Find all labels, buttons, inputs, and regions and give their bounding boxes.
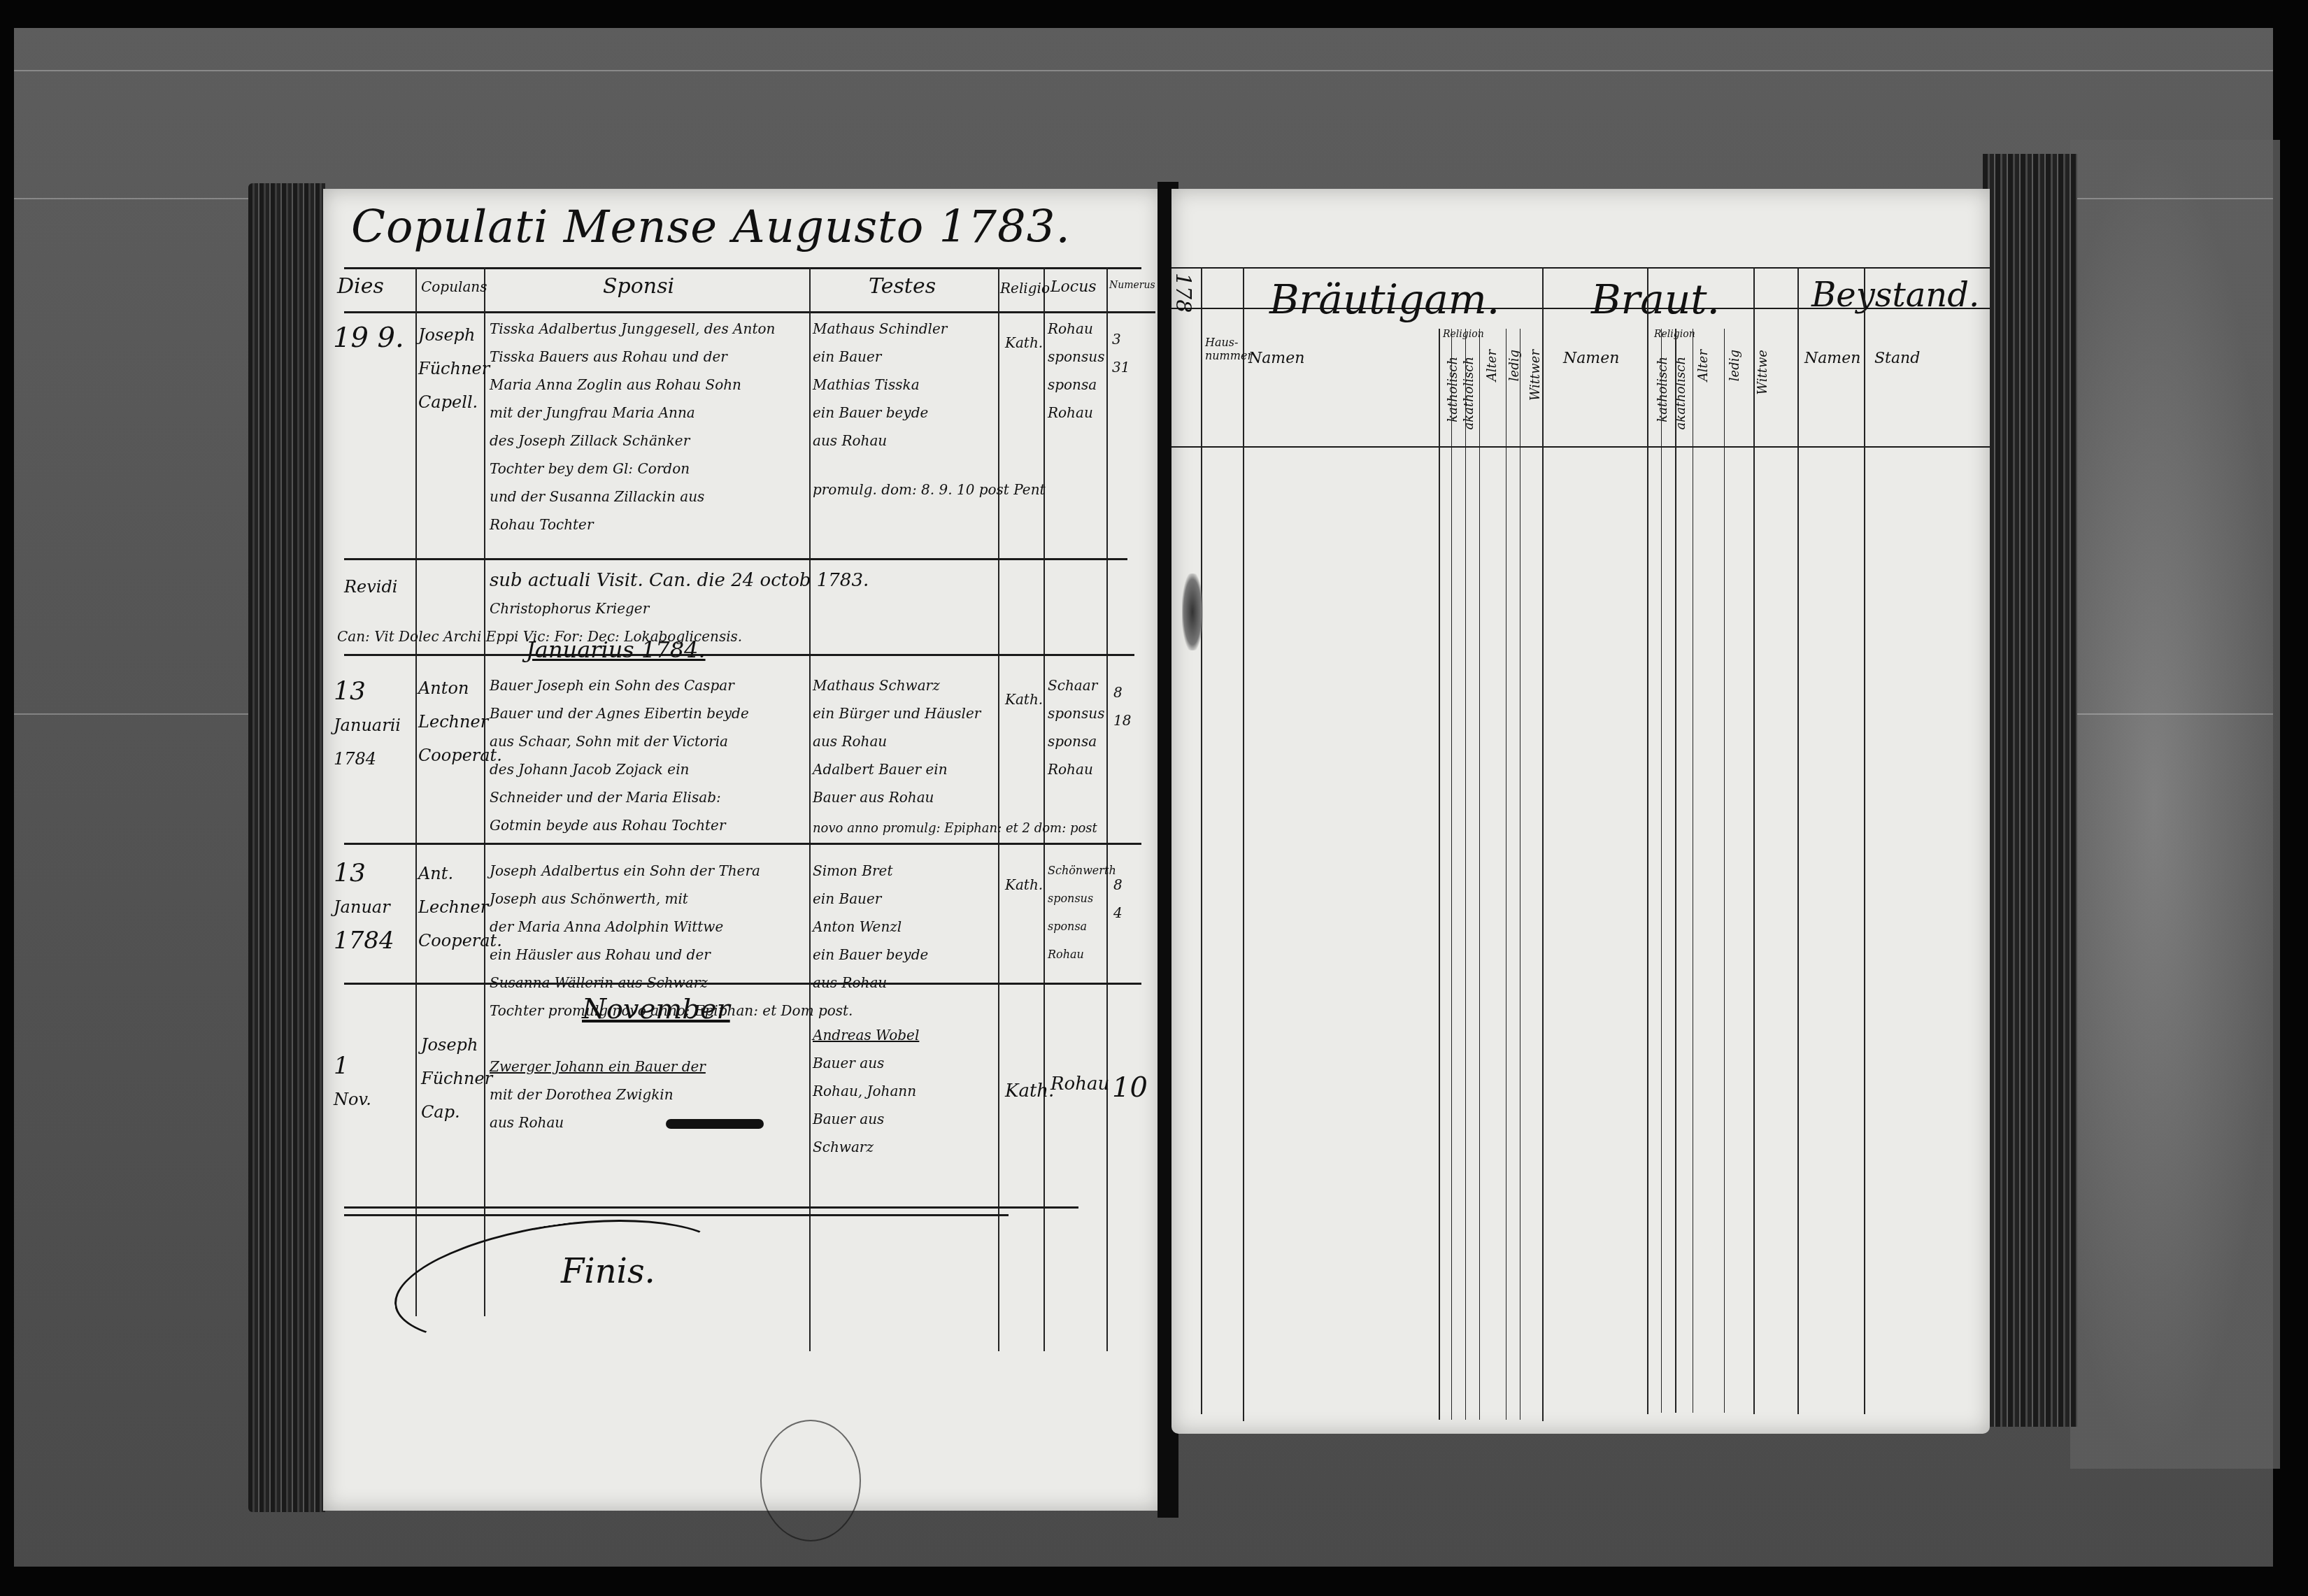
scan-artifact-line	[14, 70, 2273, 71]
subheader-groom-widower: Wittwer	[1528, 350, 1543, 401]
entry-locus: Rohau sponsus sponsa Rohau	[1048, 315, 1104, 427]
month-heading: November	[582, 993, 730, 1025]
subheader-witness-status: Stand	[1874, 350, 1920, 367]
column-divider	[1864, 267, 1865, 1414]
column-header-copulans: Copulans	[421, 278, 487, 295]
entry-testes: Andreas Wobel Bauer aus Rohau, Johann Ba…	[813, 1021, 919, 1161]
entry-testes: Mathaus Schwarz ein Bürger und Häusler a…	[813, 671, 981, 811]
entry-copulans: Joseph Füchner Cap.	[421, 1028, 492, 1129]
column-divider	[415, 267, 417, 1316]
column-divider	[1506, 329, 1506, 1420]
entry-religio: Kath.	[1005, 871, 1043, 899]
entry-locus: Rohau	[1050, 1070, 1109, 1098]
thumbprint-smudge	[1182, 573, 1203, 650]
entry-date: 19 9.	[333, 322, 404, 354]
header-rule-top	[344, 267, 1141, 269]
revision-label: Revidi	[344, 570, 398, 604]
scan-background-light	[2070, 140, 2280, 1469]
column-divider	[1201, 267, 1202, 1414]
subheader-groom-catholic: katholisch	[1446, 357, 1460, 422]
subheader-bride-single: ledig	[1728, 350, 1742, 381]
subheader-bride-name: Namen	[1563, 350, 1619, 367]
column-divider	[1661, 329, 1662, 1413]
group-header-beystand: Beystand.	[1811, 276, 1979, 315]
column-divider	[1043, 267, 1045, 1351]
entry-number: 10	[1112, 1071, 1148, 1104]
column-divider	[1439, 329, 1440, 1420]
closing-mark: Finis.	[561, 1252, 655, 1291]
entry-sponsi: Tisska Adalbertus Junggesell, des Anton …	[490, 315, 775, 539]
left-page: Copulati Mense Augusto 1783. Dies Copula…	[323, 189, 1161, 1511]
column-header-religio: Religio	[1000, 280, 1050, 297]
page-number: 178	[1171, 273, 1195, 313]
column-divider	[1542, 267, 1544, 1421]
revision-text: sub actuali Visit. Can. die 24 octob 178…	[490, 567, 869, 622]
subheader-bride-catholic: katholisch	[1655, 357, 1670, 422]
subheader-house-number: Haus-nummer	[1205, 336, 1240, 362]
subheader-bride-age: Alter	[1696, 350, 1711, 381]
subheader-groom-religion: Religion	[1443, 329, 1484, 340]
column-divider	[809, 267, 811, 1351]
entry-locus: Schaar sponsus sponsa Rohau	[1048, 671, 1104, 783]
column-divider	[1243, 267, 1244, 1421]
page-title: Copulati Mense Augusto 1783.	[351, 201, 1071, 253]
column-header-testes: Testes	[869, 274, 936, 299]
entry-number: 8 18	[1113, 678, 1131, 734]
entry-promulgation: promulg. dom: 8. 9. 10 post Pent	[813, 476, 1046, 504]
entry-number: 8 4	[1113, 871, 1123, 927]
entry-separator	[344, 983, 1141, 985]
bleed-through-mark	[760, 1420, 861, 1541]
column-divider	[998, 267, 999, 1351]
entry-separator	[344, 654, 1134, 656]
ink-blot	[666, 1119, 764, 1129]
entry-date: 1 Nov.	[334, 1049, 371, 1116]
column-divider	[1520, 329, 1520, 1420]
column-divider	[1693, 329, 1693, 1413]
column-divider	[1451, 329, 1452, 1420]
column-divider	[1797, 267, 1799, 1414]
entry-testes: Simon Bret ein Bauer Anton Wenzl ein Bau…	[813, 857, 928, 997]
column-divider	[1724, 329, 1725, 1413]
entry-sponsi: Bauer Joseph ein Sohn des Caspar Bauer u…	[490, 671, 749, 839]
entry-religio: Kath.	[1005, 329, 1043, 357]
book-edge-right	[1983, 154, 2077, 1427]
column-divider	[1675, 329, 1676, 1413]
month-heading: Januarius 1784.	[526, 636, 706, 663]
entry-date: 13 Januarii 1784	[334, 675, 401, 776]
column-header-numerus: Numerus	[1109, 280, 1155, 291]
entry-locus: Schönwerth sponsus sponsa Rohau	[1048, 857, 1116, 969]
entry-testes: Mathaus Schindler ein Bauer Mathias Tiss…	[813, 315, 947, 455]
column-divider	[1479, 329, 1480, 1420]
column-header-sponsi: Sponsi	[603, 274, 674, 299]
entry-separator	[344, 843, 1141, 845]
column-divider	[1753, 267, 1755, 1414]
entry-number: 3 31	[1112, 325, 1130, 381]
column-header-dies: Dies	[337, 274, 384, 299]
group-header-brautigam: Bräutigam.	[1269, 276, 1500, 323]
header-rule-bottom	[344, 311, 1155, 313]
subheader-groom-acatholic: akatholisch	[1462, 357, 1476, 429]
group-header-braut: Braut.	[1591, 276, 1720, 323]
closing-rule	[344, 1214, 1009, 1216]
header-rule-bottom	[1171, 446, 1990, 448]
column-divider	[1647, 267, 1648, 1414]
column-divider	[1465, 329, 1466, 1420]
subheader-groom-age: Alter	[1485, 350, 1500, 381]
entry-separator	[344, 558, 1127, 560]
column-header-locus: Locus	[1050, 278, 1097, 296]
entry-religio: Kath.	[1005, 1077, 1054, 1105]
right-page: 178 Bräutigam. Braut. Beystand. Haus-num…	[1171, 189, 1990, 1434]
entry-religio: Kath.	[1005, 685, 1043, 713]
subheader-groom-name: Namen	[1248, 350, 1304, 367]
entry-promulgation: novo anno promulg: Epiphan: et 2 dom: po…	[813, 815, 1097, 843]
column-divider	[1106, 267, 1108, 1351]
book-edge-left	[248, 183, 325, 1512]
entry-copulans: Joseph Füchner Capell.	[418, 318, 485, 419]
subheader-witness-name: Namen	[1804, 350, 1860, 367]
column-divider	[484, 267, 485, 1316]
closing-rule	[344, 1206, 1078, 1209]
subheader-bride-widow: Wittwe	[1755, 350, 1770, 394]
header-rule-top	[1171, 267, 1990, 269]
entry-date: 13 Januar 1784	[334, 857, 394, 957]
